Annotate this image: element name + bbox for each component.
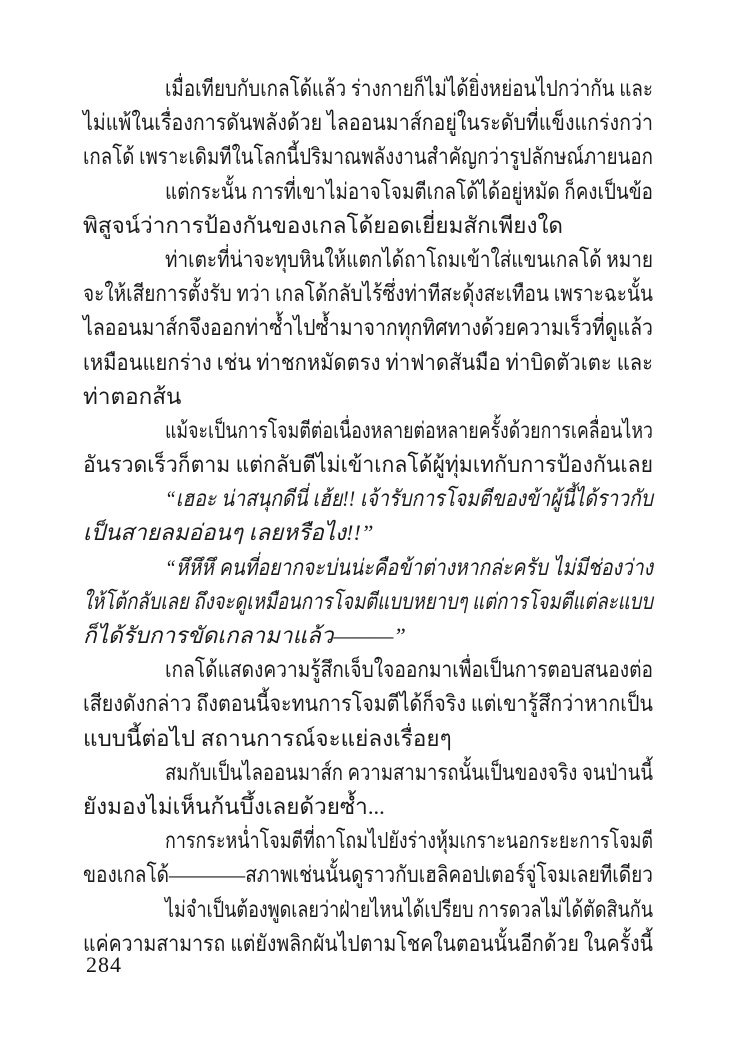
- line-text: เมื่อเทียบกับเกลโด้แล้ว ร่างกายก็ไม่ได้ย…: [165, 72, 653, 106]
- text-line: เกลโด้แสดงความรู้สึกเจ็บใจออกมาเพื่อเป็น…: [83, 653, 653, 687]
- line-text: ก็ได้รับการขัดเกลามาแล้ว———”: [83, 619, 406, 653]
- dialogue-line: “หึหึหึ คนที่อยากจะบ่นน่ะคือข้าต่างหากล่…: [83, 551, 653, 585]
- line-text: ท่าเตะที่น่าจะทุบหินให้แตกได้ถาโถมเข้าใส…: [165, 243, 653, 277]
- text-line: พิสูจน์ว่าการป้องกันของเกลโด้ยอดเยี่ยมสั…: [83, 209, 653, 243]
- document-page: เมื่อเทียบกับเกลโด้แล้ว ร่างกายก็ไม่ได้ย…: [0, 0, 738, 1051]
- text-line: แม้จะเป็นการโจมตีต่อเนื่องหลายต่อหลายครั…: [83, 414, 653, 448]
- line-text: เสียงดังกล่าว ถึงตอนนี้จะทนการโจมตีได้ก็…: [83, 687, 653, 721]
- text-line: ไลออนมาส์กจึงออกท่าซ้ำไปซ้ำมาจากทุกทิศทา…: [83, 311, 653, 345]
- line-text: ยังมองไม่เห็นก้นบึ้งเลยด้วยซ้ำ...: [83, 790, 385, 824]
- line-text: เกลโด้ เพราะเดิมทีในโลกนี้ปริมาณพลังงานส…: [83, 140, 653, 174]
- text-line: ไม่แพ้ในเรื่องการดันพลังด้วย ไลออนมาส์กอ…: [83, 106, 653, 140]
- text-line: เกลโด้ เพราะเดิมทีในโลกนี้ปริมาณพลังงานส…: [83, 140, 653, 174]
- line-text: แบบนี้ต่อไป สถานการณ์จะแย่ลงเรื่อยๆ: [83, 722, 452, 756]
- page-footer: 284: [86, 952, 122, 978]
- dialogue-line: “เฮอะ น่าสนุกดีนี่ เฮ้ย!! เจ้ารับการโจมต…: [83, 482, 653, 516]
- text-line: แต่กระนั้น การที่เขาไม่อาจโจมตีเกลโด้ได้…: [83, 175, 653, 209]
- line-text: จะให้เสียการตั้งรับ ทว่า เกลโด้กลับไร้ซึ…: [83, 277, 653, 311]
- dialogue-line: เป็นสายลมอ่อนๆ เลยหรือไง!!”: [83, 516, 653, 550]
- page-number: 284: [86, 952, 122, 977]
- text-line: สมกับเป็นไลออนมาส์ก ความสามารถนั้นเป็นขอ…: [83, 756, 653, 790]
- line-text: สมกับเป็นไลออนมาส์ก ความสามารถนั้นเป็นขอ…: [165, 756, 653, 790]
- text-line: ท่าเตะที่น่าจะทุบหินให้แตกได้ถาโถมเข้าใส…: [83, 243, 653, 277]
- dialogue-line: ให้โต้กลับเลย ถึงจะดูเหมือนการโจมตีแบบหย…: [83, 585, 653, 619]
- line-text: พิสูจน์ว่าการป้องกันของเกลโด้ยอดเยี่ยมสั…: [83, 209, 563, 243]
- text-line: แบบนี้ต่อไป สถานการณ์จะแย่ลงเรื่อยๆ: [83, 722, 653, 756]
- line-text: ของเกลโด้————สภาพเช่นนั้นดูราวกับเฮลิคอป…: [83, 858, 653, 892]
- line-text: ท่าตอกส้น: [83, 380, 181, 414]
- line-text: “เฮอะ น่าสนุกดีนี่ เฮ้ย!! เจ้ารับการโจมต…: [165, 482, 653, 516]
- line-text: ไลออนมาส์กจึงออกท่าซ้ำไปซ้ำมาจากทุกทิศทา…: [83, 311, 653, 345]
- line-text: เป็นสายลมอ่อนๆ เลยหรือไง!!”: [83, 516, 374, 550]
- text-line: เมื่อเทียบกับเกลโด้แล้ว ร่างกายก็ไม่ได้ย…: [83, 72, 653, 106]
- line-text: เหมือนแยกร่าง เช่น ท่าชกหมัดตรง ท่าฟาดสั…: [83, 346, 653, 380]
- text-line: เหมือนแยกร่าง เช่น ท่าชกหมัดตรง ท่าฟาดสั…: [83, 346, 653, 380]
- line-text: แม้จะเป็นการโจมตีต่อเนื่องหลายต่อหลายครั…: [165, 414, 653, 448]
- text-block: เมื่อเทียบกับเกลโด้แล้ว ร่างกายก็ไม่ได้ย…: [83, 72, 653, 961]
- text-line: อันรวดเร็วก็ตาม แต่กลับตีไม่เข้าเกลโด้ผู…: [83, 448, 653, 482]
- text-line: แค่ความสามารถ แต่ยังพลิกผันไปตามโชคในตอน…: [83, 927, 653, 961]
- line-text: การกระหน่ำโจมตีที่ถาโถมไปยังร่างหุ้มเกรา…: [165, 824, 653, 858]
- line-text: อันรวดเร็วก็ตาม แต่กลับตีไม่เข้าเกลโด้ผู…: [83, 448, 653, 482]
- line-text: เกลโด้แสดงความรู้สึกเจ็บใจออกมาเพื่อเป็น…: [165, 653, 653, 687]
- line-text: “หึหึหึ คนที่อยากจะบ่นน่ะคือข้าต่างหากล่…: [165, 551, 653, 585]
- text-line: ไม่จำเป็นต้องพูดเลยว่าฝ่ายไหนได้เปรียบ ก…: [83, 893, 653, 927]
- text-line: การกระหน่ำโจมตีที่ถาโถมไปยังร่างหุ้มเกรา…: [83, 824, 653, 858]
- line-text: แต่กระนั้น การที่เขาไม่อาจโจมตีเกลโด้ได้…: [165, 175, 653, 209]
- line-text: ไม่จำเป็นต้องพูดเลยว่าฝ่ายไหนได้เปรียบ ก…: [165, 893, 653, 927]
- text-line: ของเกลโด้————สภาพเช่นนั้นดูราวกับเฮลิคอป…: [83, 858, 653, 892]
- line-text: ให้โต้กลับเลย ถึงจะดูเหมือนการโจมตีแบบหย…: [83, 585, 653, 619]
- text-line: ท่าตอกส้น: [83, 380, 653, 414]
- text-line: ยังมองไม่เห็นก้นบึ้งเลยด้วยซ้ำ...: [83, 790, 653, 824]
- text-line: เสียงดังกล่าว ถึงตอนนี้จะทนการโจมตีได้ก็…: [83, 687, 653, 721]
- line-text: ไม่แพ้ในเรื่องการดันพลังด้วย ไลออนมาส์กอ…: [83, 106, 653, 140]
- dialogue-line: ก็ได้รับการขัดเกลามาแล้ว———”: [83, 619, 653, 653]
- line-text: แค่ความสามารถ แต่ยังพลิกผันไปตามโชคในตอน…: [83, 927, 653, 961]
- text-line: จะให้เสียการตั้งรับ ทว่า เกลโด้กลับไร้ซึ…: [83, 277, 653, 311]
